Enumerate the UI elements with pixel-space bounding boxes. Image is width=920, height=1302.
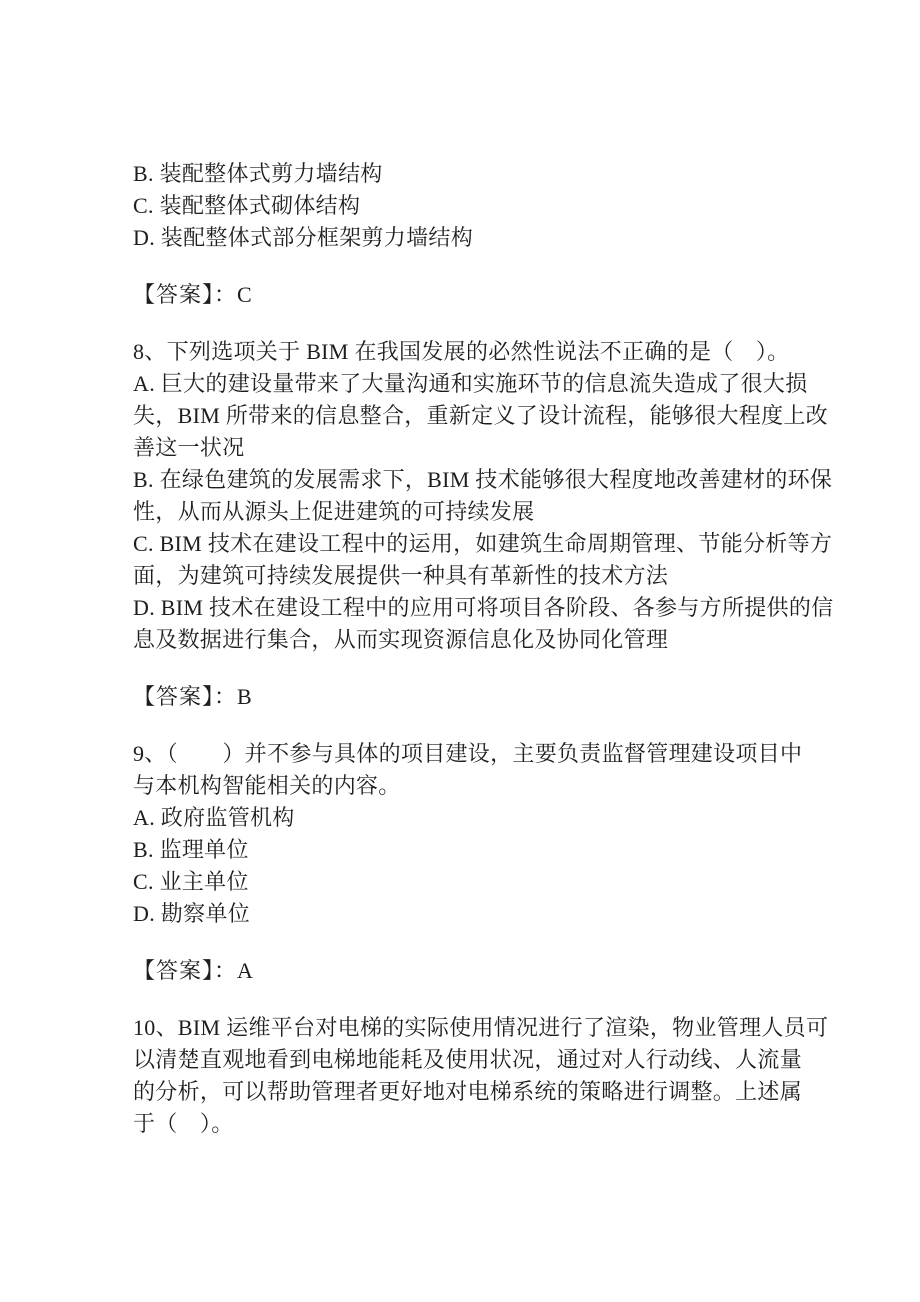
- question-line: C. BIM 技术在建设工程中的运用，如建筑生命周期管理、节能分析等方: [133, 528, 800, 560]
- question-line: D. BIM 技术在建设工程中的应用可将项目各阶段、各参与方所提供的信: [133, 592, 800, 624]
- question-line: 性，从而从源头上促进建筑的可持续发展: [133, 496, 800, 528]
- question-line: 面，为建筑可持续发展提供一种具有革新性的技术方法: [133, 560, 800, 592]
- question-line: A. 政府监管机构: [133, 802, 800, 834]
- question-line: 9、（ ）并不参与具体的项目建设，主要负责监督管理建设项目中: [133, 738, 800, 770]
- document-page: B. 装配整体式剪力墙结构C. 装配整体式砌体结构D. 装配整体式部分框架剪力墙…: [0, 0, 920, 1302]
- question-line: 失，BIM 所带来的信息整合，重新定义了设计流程，能够很大程度上改: [133, 400, 800, 432]
- question-line: 的分析，可以帮助管理者更好地对电梯系统的策略进行调整。上述属: [133, 1076, 800, 1108]
- question-line: 以清楚直观地看到电梯地能耗及使用状况，通过对人行动线、人流量: [133, 1044, 800, 1076]
- question-line: 善这一状况: [133, 432, 800, 464]
- question-7-options: B. 装配整体式剪力墙结构C. 装配整体式砌体结构D. 装配整体式部分框架剪力墙…: [133, 158, 800, 254]
- answer-line: 【答案】：C: [133, 279, 800, 311]
- question-10: 10、BIM 运维平台对电梯的实际使用情况进行了渲染，物业管理人员可以清楚直观地…: [133, 1012, 800, 1140]
- answer-line: 【答案】：A: [133, 955, 800, 987]
- question-line: 与本机构智能相关的内容。: [133, 770, 800, 802]
- question-9: 9、（ ）并不参与具体的项目建设，主要负责监督管理建设项目中与本机构智能相关的内…: [133, 738, 800, 930]
- question-9-answer: 【答案】：A: [133, 955, 800, 987]
- answer-line: 【答案】：B: [133, 681, 800, 713]
- options-line: C. 装配整体式砌体结构: [133, 190, 800, 222]
- options-line: D. 装配整体式部分框架剪力墙结构: [133, 222, 800, 254]
- question-8-answer: 【答案】：B: [133, 681, 800, 713]
- question-line: B. 监理单位: [133, 834, 800, 866]
- question-7-answer: 【答案】：C: [133, 279, 800, 311]
- question-line: 息及数据进行集合，从而实现资源信息化及协同化管理: [133, 624, 800, 656]
- question-line: 8、下列选项关于 BIM 在我国发展的必然性说法不正确的是（ ）。: [133, 336, 800, 368]
- question-line: 于（ ）。: [133, 1108, 800, 1140]
- question-line: 10、BIM 运维平台对电梯的实际使用情况进行了渲染，物业管理人员可: [133, 1012, 800, 1044]
- question-line: A. 巨大的建设量带来了大量沟通和实施环节的信息流失造成了很大损: [133, 368, 800, 400]
- question-line: B. 在绿色建筑的发展需求下，BIM 技术能够很大程度地改善建材的环保: [133, 464, 800, 496]
- question-8: 8、下列选项关于 BIM 在我国发展的必然性说法不正确的是（ ）。A. 巨大的建…: [133, 336, 800, 656]
- question-line: C. 业主单位: [133, 866, 800, 898]
- question-line: D. 勘察单位: [133, 898, 800, 930]
- options-line: B. 装配整体式剪力墙结构: [133, 158, 800, 190]
